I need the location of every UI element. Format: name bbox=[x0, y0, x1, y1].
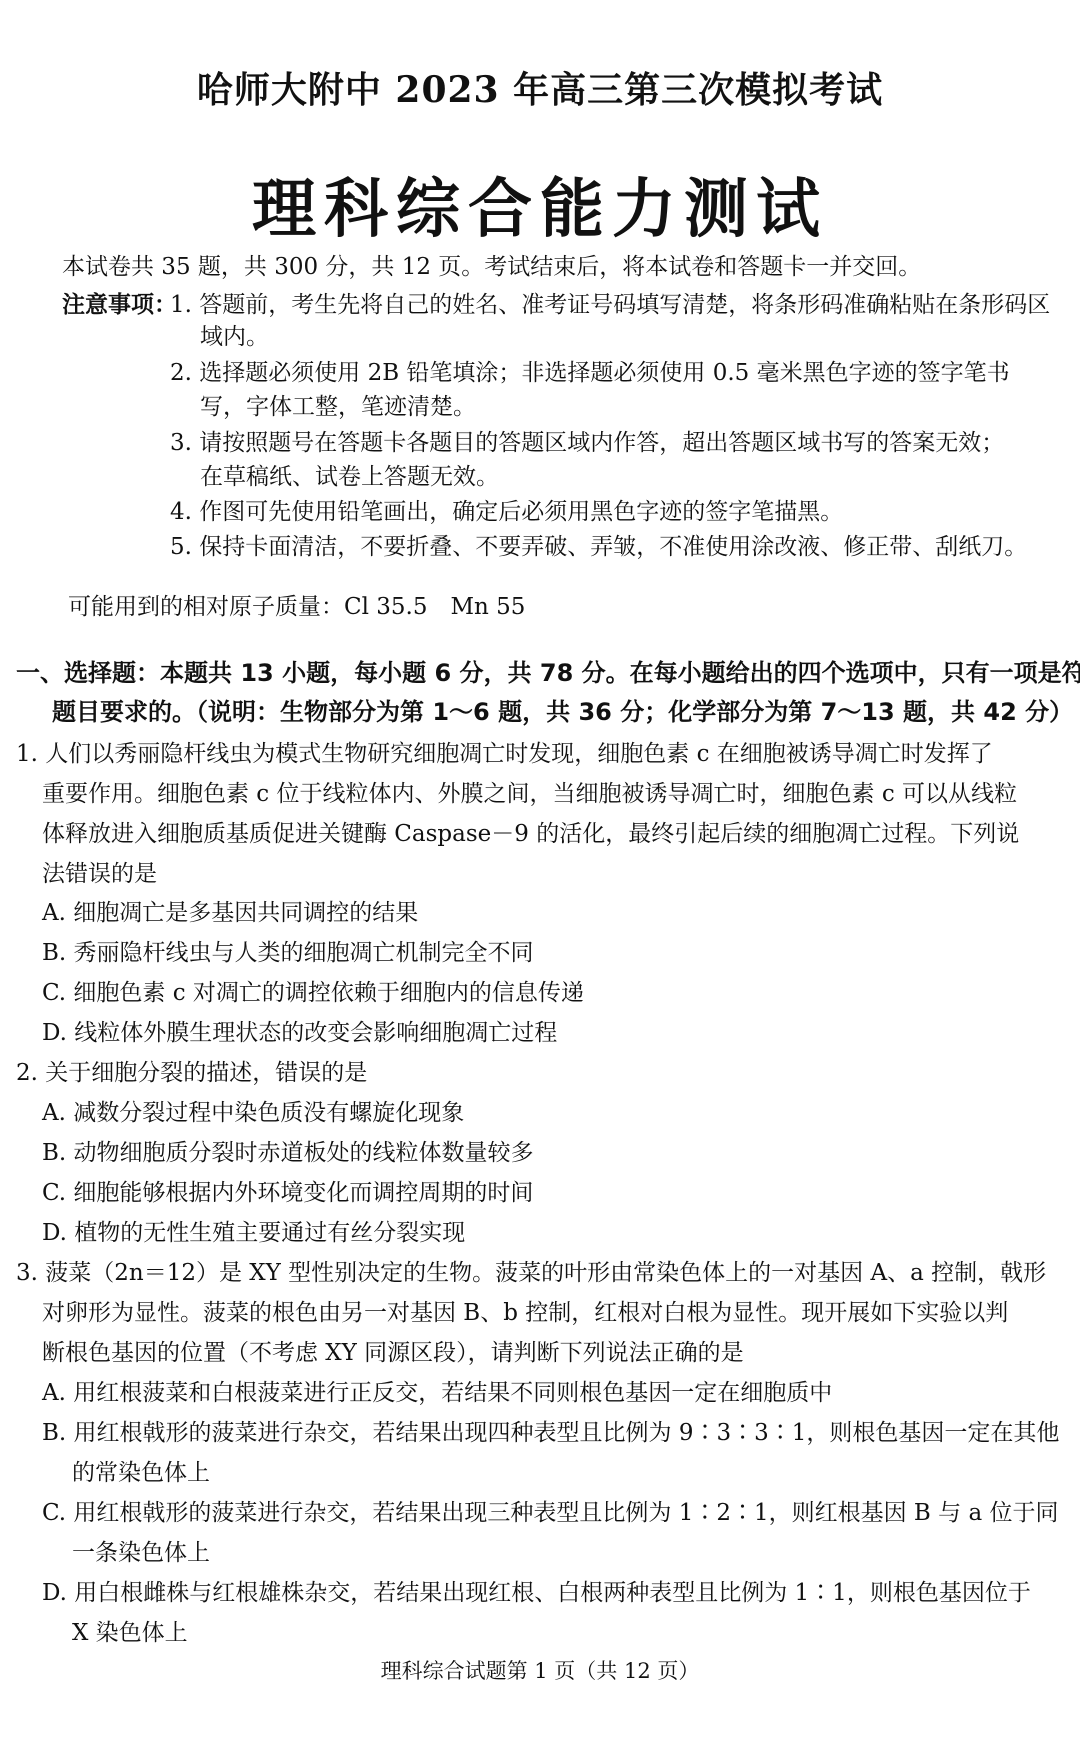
question-1-stem-4: 法错误的是 bbox=[42, 859, 157, 889]
question-3-option-b-line-2: 的常染色体上 bbox=[72, 1458, 210, 1488]
note-1-line-2: 域内。 bbox=[200, 322, 269, 352]
section-1-heading-line-1: 一、选择题：本题共 13 小题，每小题 6 分，共 78 分。在每小题给出的四个… bbox=[16, 658, 1080, 688]
note-2-line-1: 2. 选择题必须使用 2B 铅笔填涂；非选择题必须使用 0.5 毫米黑色字迹的签… bbox=[170, 358, 1010, 388]
atomic-mass: 可能用到的相对原子质量：Cl 35.5 Mn 55 bbox=[68, 592, 525, 622]
question-2-option-d: D. 植物的无性生殖主要通过有丝分裂实现 bbox=[42, 1218, 465, 1248]
question-2-option-b: B. 动物细胞质分裂时赤道板处的线粒体数量较多 bbox=[42, 1138, 534, 1168]
note-5: 5. 保持卡面清洁，不要折叠、不要弄破、弄皱，不准使用涂改液、修正带、刮纸刀。 bbox=[170, 532, 1027, 562]
question-3-option-a: A. 用红根菠菜和白根菠菜进行正反交，若结果不同则根色基因一定在细胞质中 bbox=[42, 1378, 832, 1408]
question-2-stem: 2. 关于细胞分裂的描述，错误的是 bbox=[16, 1058, 367, 1088]
question-3-stem-3: 断根色基因的位置（不考虑 XY 同源区段），请判断下列说法正确的是 bbox=[42, 1338, 744, 1368]
section-1-heading-line-2: 题目要求的。（说明：生物部分为第 1～6 题，共 36 分；化学部分为第 7～1… bbox=[52, 697, 1073, 727]
question-1-option-b: B. 秀丽隐杆线虫与人类的细胞凋亡机制完全不同 bbox=[42, 938, 534, 968]
subject-title: 理科综合能力测试 bbox=[0, 158, 1080, 250]
intro-text: 本试卷共 35 题，共 300 分，共 12 页。考试结束后，将本试卷和答题卡一… bbox=[62, 252, 921, 282]
question-3-option-c-line-1: C. 用红根戟形的菠菜进行杂交，若结果出现三种表型且比例为 1∶2∶1，则红根基… bbox=[42, 1498, 1058, 1528]
note-1-line-1: 1. 答题前，考生先将自己的姓名、准考证号码填写清楚，将条形码准确粘贴在条形码区 bbox=[170, 290, 1050, 320]
page-footer: 理科综合试题第 1 页（共 12 页） bbox=[0, 1655, 1080, 1685]
question-2-option-a: A. 减数分裂过程中染色质没有螺旋化现象 bbox=[42, 1098, 464, 1128]
question-1-stem-3: 体释放进入细胞质基质促进关键酶 Caspase－9 的活化，最终引起后续的细胞凋… bbox=[42, 819, 1019, 849]
question-3-option-d-line-2: X 染色体上 bbox=[72, 1618, 188, 1648]
note-4: 4. 作图可先使用铅笔画出，确定后必须用黑色字迹的签字笔描黑。 bbox=[170, 497, 843, 527]
question-1-stem-1: 1. 人们以秀丽隐杆线虫为模式生物研究细胞凋亡时发现，细胞色素 c 在细胞被诱导… bbox=[16, 739, 993, 769]
question-1-stem-2: 重要作用。细胞色素 c 位于线粒体内、外膜之间，当细胞被诱导凋亡时，细胞色素 c… bbox=[42, 779, 1017, 809]
question-3-option-c-line-2: 一条染色体上 bbox=[72, 1538, 210, 1568]
question-3-stem-1: 3. 菠菜（2n＝12）是 XY 型性别决定的生物。菠菜的叶形由常染色体上的一对… bbox=[16, 1258, 1046, 1288]
question-3-stem-2: 对卵形为显性。菠菜的根色由另一对基因 B、b 控制，红根对白根为显性。现开展如下… bbox=[42, 1298, 1008, 1328]
question-3-option-b-line-1: B. 用红根戟形的菠菜进行杂交，若结果出现四种表型且比例为 9∶3∶3∶1，则根… bbox=[42, 1418, 1059, 1448]
question-2-option-c: C. 细胞能够根据内外环境变化而调控周期的时间 bbox=[42, 1178, 533, 1208]
note-3-line-1: 3. 请按照题号在答题卡各题目的答题区域内作答，超出答题区域书写的答案无效； bbox=[170, 428, 1004, 458]
note-3-line-2: 在草稿纸、试卷上答题无效。 bbox=[200, 462, 499, 492]
question-1-option-d: D. 线粒体外膜生理状态的改变会影响细胞凋亡过程 bbox=[42, 1018, 557, 1048]
exam-title: 哈师大附中 2023 年高三第三次模拟考试 bbox=[0, 62, 1080, 113]
question-1-option-c: C. 细胞色素 c 对凋亡的调控依赖于细胞内的信息传递 bbox=[42, 978, 584, 1008]
note-2-line-2: 写，字体工整，笔迹清楚。 bbox=[200, 392, 476, 422]
question-3-option-d-line-1: D. 用白根雌株与红根雄株杂交，若结果出现红根、白根两种表型且比例为 1∶1，则… bbox=[42, 1578, 1031, 1608]
notes-label: 注意事项： bbox=[62, 290, 177, 320]
question-1-option-a: A. 细胞凋亡是多基因共同调控的结果 bbox=[42, 898, 418, 928]
